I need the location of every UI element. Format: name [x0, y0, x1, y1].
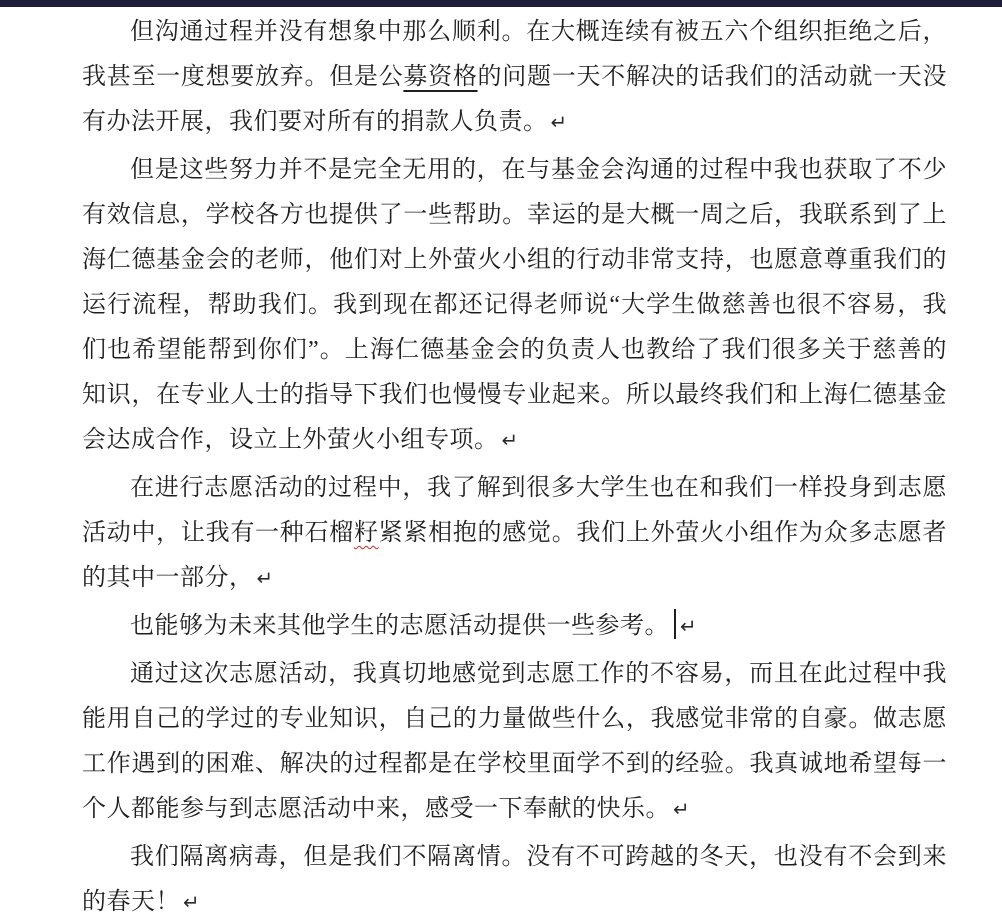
text-run: 也能够为未来其他学生的志愿活动提供一些参考。: [130, 613, 669, 639]
text-run: 通过这次志愿活动，我真切地感觉到志愿工作的不容易，而且在此过程中我能用自己的学过…: [82, 661, 947, 822]
text-run: 我们隔离病毒，但是我们不隔离情。没有不可跨越的冬天，也没有不会到来的春天！: [82, 844, 947, 915]
paragraph: 也能够为未来其他学生的志愿活动提供一些参考。↵: [82, 604, 947, 649]
text-run: 但是这些努力并不是完全无用的，在与基金会沟通的过程中我也获取了不少有效信息，学校…: [82, 157, 947, 453]
underlined-text-run: 募资格: [403, 64, 477, 90]
paragraph-mark-icon: ↵: [502, 429, 519, 452]
paragraph: 但沟通过程并没有想象中那么顺利。在大概连续有被五六个组织拒绝之后，我甚至一度想要…: [82, 10, 947, 145]
paragraph-mark-icon: ↵: [183, 891, 200, 914]
paragraph-mark-icon: ↵: [257, 567, 274, 590]
window-top-edge: [0, 0, 1002, 7]
paragraph-mark-icon: ↵: [680, 615, 697, 638]
paragraph: 通过这次志愿活动，我真切地感觉到志愿工作的不容易，而且在此过程中我能用自己的学过…: [82, 652, 947, 832]
paragraph-mark-icon: ↵: [673, 798, 690, 821]
paragraph: 在进行志愿活动的过程中，我了解到很多大学生也在和我们一样投身到志愿活动中，让我有…: [82, 466, 947, 601]
paragraph: 我们隔离病毒，但是我们不隔离情。没有不可跨越的冬天，也没有不会到来的春天！↵: [82, 835, 947, 921]
paragraph-mark-icon: ↵: [551, 111, 568, 134]
document-page[interactable]: 但沟通过程并没有想象中那么顺利。在大概连续有被五六个组织拒绝之后，我甚至一度想要…: [0, 7, 1002, 921]
spellcheck-flagged-text-run: 籽: [354, 520, 379, 546]
text-cursor: [674, 609, 676, 639]
paragraph: 但是这些努力并不是完全无用的，在与基金会沟通的过程中我也获取了不少有效信息，学校…: [82, 148, 947, 463]
